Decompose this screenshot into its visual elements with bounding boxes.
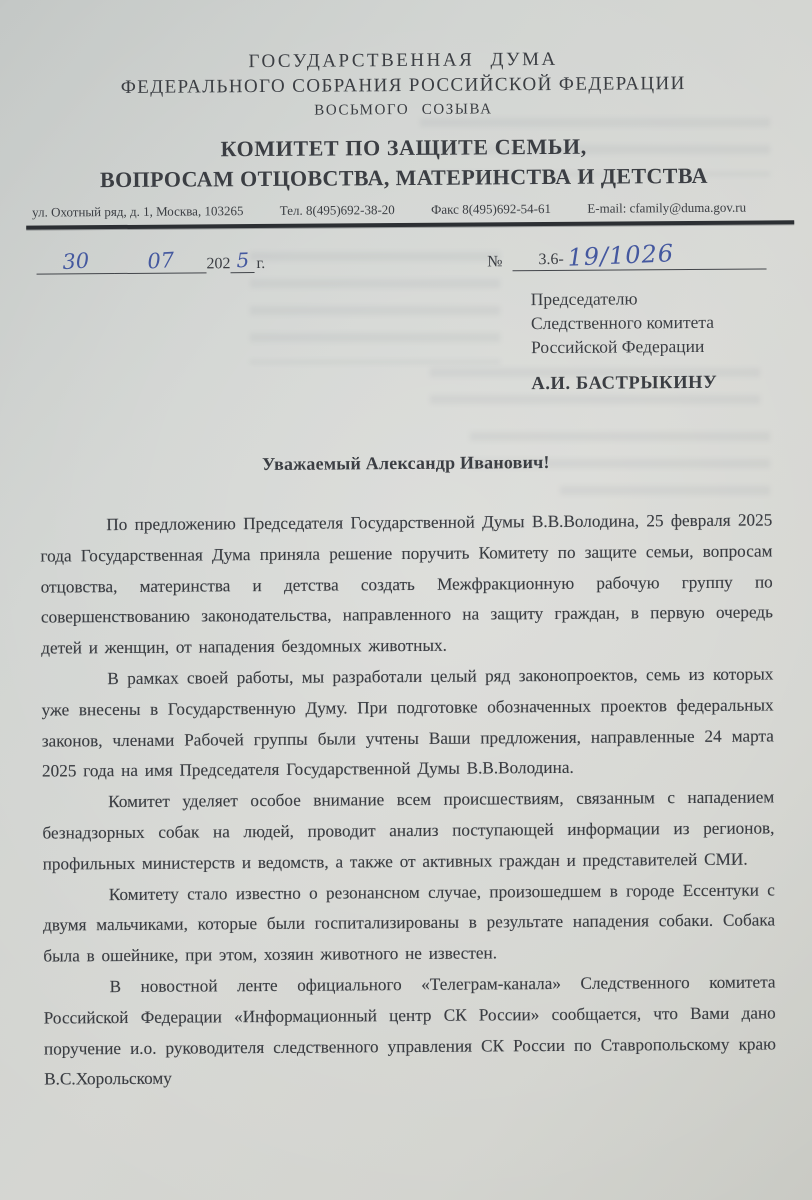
body-paragraph: В рамках своей работы, мы разработали це… bbox=[41, 659, 774, 787]
number-fields: № 3.6- 19/1026 bbox=[487, 240, 766, 271]
addressee-title-line2: Следственного комитета bbox=[531, 309, 811, 335]
phone-number: Тел. 8(495)692-38-20 bbox=[280, 202, 395, 219]
body-paragraph: В новостной ленте официального «Телеграм… bbox=[43, 967, 776, 1095]
date-year-blank: 5 bbox=[230, 248, 254, 273]
number-sign: № bbox=[487, 253, 502, 271]
scanned-letter-page: ГОСУДАРСТВЕННАЯ ДУМА ФЕДЕРАЛЬНОГО СОБРАН… bbox=[0, 0, 812, 1200]
org-name-line1: ГОСУДАРСТВЕННАЯ ДУМА bbox=[0, 47, 809, 75]
date-day-blank: 30 bbox=[36, 249, 114, 275]
addressee-name: А.И. БАСТРЫКИНУ bbox=[531, 370, 811, 396]
date-number-row: 30 07 2025 г. № 3.6- 19/1026 bbox=[0, 240, 811, 275]
org-name-line2: ФЕДЕРАЛЬНОГО СОБРАНИЯ РОССИЙСКОЙ ФЕДЕРАЦ… bbox=[0, 72, 809, 100]
outgoing-number-blank: 3.6- 19/1026 bbox=[512, 240, 766, 271]
handwritten-day: 30 bbox=[61, 249, 89, 275]
fax-number: Факс 8(495)692-54-61 bbox=[431, 201, 551, 218]
committee-name-line2: ВОПРОСАМ ОТЦОВСТВА, МАТЕРИНСТВА И ДЕТСТВ… bbox=[0, 162, 810, 194]
addressee-block: Председателю Следственного комитета Росс… bbox=[531, 285, 812, 396]
org-convocation: ВОСЬМОГО СОЗЫВА bbox=[0, 99, 809, 122]
date-month-blank: 07 bbox=[114, 248, 206, 274]
email-address: E-mail: cfamily@duma.gov.ru bbox=[587, 200, 746, 217]
letterhead: ГОСУДАРСТВЕННАЯ ДУМА ФЕДЕРАЛЬНОГО СОБРАН… bbox=[0, 0, 810, 194]
body-paragraph: По предложению Председателя Государствен… bbox=[40, 505, 773, 664]
letter-body: По предложению Председателя Государствен… bbox=[0, 505, 812, 1096]
addressee-title-line1: Председателю bbox=[531, 285, 811, 311]
committee-name-line1: КОМИТЕТ ПО ЗАЩИТЕ СЕМЬИ, bbox=[0, 132, 810, 164]
postal-address: ул. Охотный ряд, д. 1, Москва, 103265 bbox=[32, 203, 243, 220]
salutation: Уважаемый Александр Иванович! bbox=[0, 450, 812, 477]
year-printed-prefix: 202 bbox=[206, 255, 230, 273]
contact-info-row: ул. Охотный ряд, д. 1, Москва, 103265 Те… bbox=[0, 199, 810, 221]
body-paragraph: Комитету стало известно о резонансном сл… bbox=[43, 875, 776, 972]
number-printed-prefix: 3.6- bbox=[538, 251, 563, 268]
letterhead-divider-rule bbox=[26, 220, 794, 229]
handwritten-year-digit: 5 bbox=[236, 248, 250, 273]
handwritten-number: 19/1026 bbox=[567, 239, 675, 271]
handwritten-month: 07 bbox=[146, 248, 174, 274]
year-suffix: г. bbox=[256, 255, 265, 273]
body-paragraph: Комитет уделяет особое внимание всем про… bbox=[42, 783, 775, 880]
date-fields: 30 07 2025 г. bbox=[36, 248, 265, 275]
addressee-title-line3: Российской Федерации bbox=[531, 333, 811, 359]
